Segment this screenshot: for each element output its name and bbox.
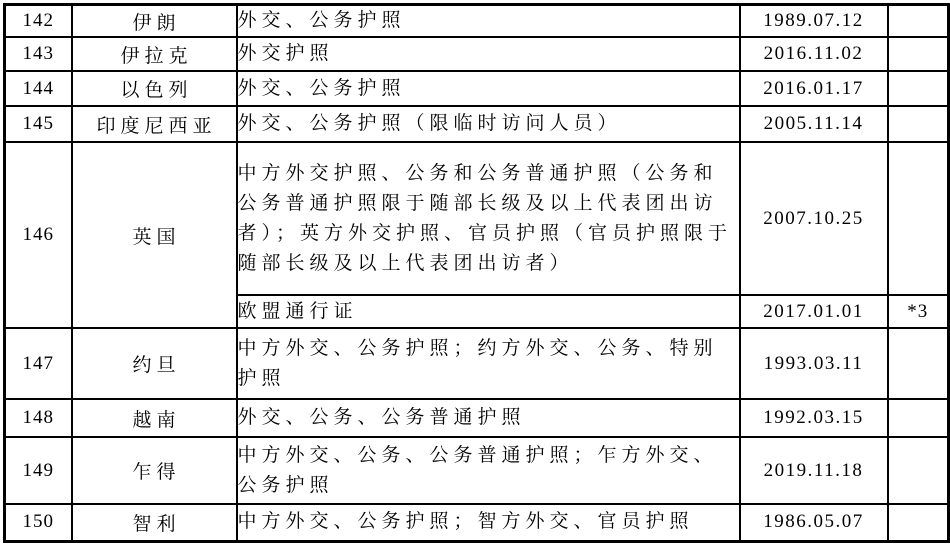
effective-date-cell: 1989.07.12 [740, 5, 888, 38]
country-cell: 伊拉克 [72, 37, 237, 71]
country-cell: 乍得 [72, 437, 237, 504]
note-cell [888, 399, 949, 437]
table-body: 142伊朗外交、公务护照1989.07.12143伊拉克外交护照2016.11.… [5, 5, 949, 542]
document-page: 142伊朗外交、公务护照1989.07.12143伊拉克外交护照2016.11.… [0, 0, 950, 553]
passport-types-cell: 外交、公务、公务普通护照 [237, 399, 740, 437]
passport-types-cell: 欧盟通行证 [237, 295, 740, 328]
row-number-cell: 150 [5, 504, 72, 541]
note-cell [888, 142, 949, 295]
note-cell [888, 504, 949, 541]
table-row: 146英国中方外交护照、公务和公务普通护照（公务和公务普通护照限于随部长级及以上… [5, 142, 949, 295]
note-cell [888, 37, 949, 71]
row-number-cell: 142 [5, 5, 72, 38]
note-cell [888, 5, 949, 38]
effective-date-cell: 2019.11.18 [740, 437, 888, 504]
table-row: 142伊朗外交、公务护照1989.07.12 [5, 5, 949, 38]
note-cell [888, 71, 949, 106]
note-cell [888, 106, 949, 142]
table-row: 144以色列外交、公务护照2016.01.17 [5, 71, 949, 106]
country-cell: 伊朗 [72, 5, 237, 38]
table-row: 145印度尼西亚外交、公务护照（限临时访问人员）2005.11.14 [5, 106, 949, 142]
passport-types-cell: 外交、公务护照 [237, 71, 740, 106]
row-number-cell: 149 [5, 437, 72, 504]
effective-date-cell: 2016.01.17 [740, 71, 888, 106]
country-cell: 约旦 [72, 328, 237, 399]
country-cell: 英国 [72, 142, 237, 328]
passport-types-cell: 中方外交、公务护照；约方外交、公务、特别护照 [237, 328, 740, 399]
effective-date-cell: 1992.03.15 [740, 399, 888, 437]
country-cell: 智利 [72, 504, 237, 541]
passport-types-cell: 中方外交、公务、公务普通护照；乍方外交、公务护照 [237, 437, 740, 504]
row-number-cell: 145 [5, 106, 72, 142]
effective-date-cell: 2005.11.14 [740, 106, 888, 142]
passport-types-cell: 中方外交、公务护照；智方外交、官员护照 [237, 504, 740, 541]
note-cell [888, 437, 949, 504]
table-row: 150智利中方外交、公务护照；智方外交、官员护照1986.05.07 [5, 504, 949, 541]
note-cell: *3 [888, 295, 949, 328]
row-number-cell: 143 [5, 37, 72, 71]
effective-date-cell: 2016.11.02 [740, 37, 888, 71]
table-row: 147约旦中方外交、公务护照；约方外交、公务、特别护照1993.03.11 [5, 328, 949, 399]
row-number-cell: 148 [5, 399, 72, 437]
country-cell: 以色列 [72, 71, 237, 106]
visa-agreement-table: 142伊朗外交、公务护照1989.07.12143伊拉克外交护照2016.11.… [3, 3, 950, 543]
country-cell: 越南 [72, 399, 237, 437]
effective-date-cell: 2017.01.01 [740, 295, 888, 328]
table-row: 149乍得中方外交、公务、公务普通护照；乍方外交、公务护照2019.11.18 [5, 437, 949, 504]
table-row: 148越南外交、公务、公务普通护照1992.03.15 [5, 399, 949, 437]
passport-types-cell: 中方外交护照、公务和公务普通护照（公务和公务普通护照限于随部长级及以上代表团出访… [237, 142, 740, 295]
effective-date-cell: 1993.03.11 [740, 328, 888, 399]
row-number-cell: 146 [5, 142, 72, 328]
note-cell [888, 328, 949, 399]
country-cell: 印度尼西亚 [72, 106, 237, 142]
passport-types-cell: 外交护照 [237, 37, 740, 71]
effective-date-cell: 2007.10.25 [740, 142, 888, 295]
row-number-cell: 147 [5, 328, 72, 399]
passport-types-cell: 外交、公务护照 [237, 5, 740, 38]
passport-types-cell: 外交、公务护照（限临时访问人员） [237, 106, 740, 142]
effective-date-cell: 1986.05.07 [740, 504, 888, 541]
table-row: 143伊拉克外交护照2016.11.02 [5, 37, 949, 71]
row-number-cell: 144 [5, 71, 72, 106]
